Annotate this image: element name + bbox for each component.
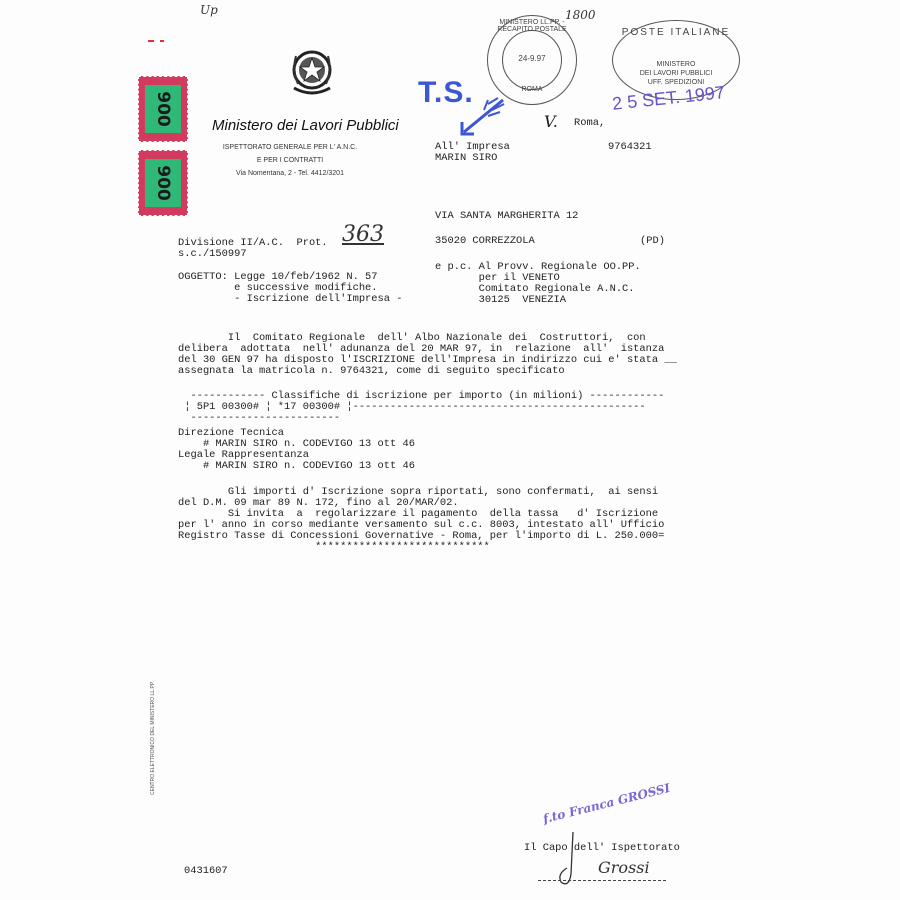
red-mark — [148, 40, 154, 42]
postage-stamp: 900 — [138, 150, 188, 216]
sc-reference: s.c./150997 — [178, 249, 247, 260]
signature-flourish-icon — [555, 830, 585, 890]
oggetto-line: - Iscrizione dell'Impresa - — [178, 294, 402, 305]
matricola-number: 9764321 — [608, 142, 652, 153]
signature-stamp: f.to Franca GROSSI — [542, 781, 672, 826]
italian-republic-emblem-icon — [284, 44, 340, 100]
handwritten-mark-top-left: Up — [200, 3, 218, 17]
arrow-stamp-icon — [458, 96, 508, 138]
signature-line — [538, 880, 666, 881]
handwritten-signature: Grossi — [598, 858, 650, 877]
red-mark — [160, 40, 164, 42]
protocol-number-handwritten: 363 — [342, 222, 384, 247]
document-number: 0431607 — [184, 866, 228, 877]
body-line: assegnata la matricola n. 9764321, come … — [178, 366, 565, 377]
ministry-name: Ministero dei Lavori Pubblici — [212, 117, 399, 134]
cc-line: 30125 VENEZIA — [435, 295, 566, 306]
signatory-title: Il Capo dell' Ispettorato — [524, 843, 680, 854]
city-label: Roma, — [574, 118, 605, 129]
classifiche-footer: ------------------------ — [178, 413, 340, 424]
scanned-letter-page: Up 1800 900 900 Ministero dei Lavori Pub… — [0, 0, 900, 900]
letterhead-line2: E PER I CONTRATTI — [200, 157, 380, 164]
body-asterisks: **************************** — [178, 542, 490, 553]
address-street: VIA SANTA MARGHERITA 12 — [435, 211, 578, 222]
handwritten-v-mark: V. — [544, 112, 558, 131]
recapito-postale-stamp: MINISTERO LL.PP. - RECAPITO POSTALE 24-9… — [487, 15, 577, 105]
legale-value: # MARIN SIRO n. CODEVIGO 13 ott 46 — [178, 461, 415, 472]
address-province: (PD) — [640, 236, 665, 247]
address-city: 35020 CORREZZOLA — [435, 236, 535, 247]
letterhead-line3: Via Nomentana, 2 - Tel. 4412/3201 — [200, 170, 380, 177]
vertical-margin-text: CENTRO ELETTRONICO DEL MINISTERO LL.PP. — [150, 681, 156, 795]
postage-stamp: 900 — [138, 76, 188, 142]
addressee-name: MARIN SIRO — [435, 153, 497, 164]
letterhead-line1: ISPETTORATO GENERALE PER L' A.N.C. — [200, 144, 380, 151]
